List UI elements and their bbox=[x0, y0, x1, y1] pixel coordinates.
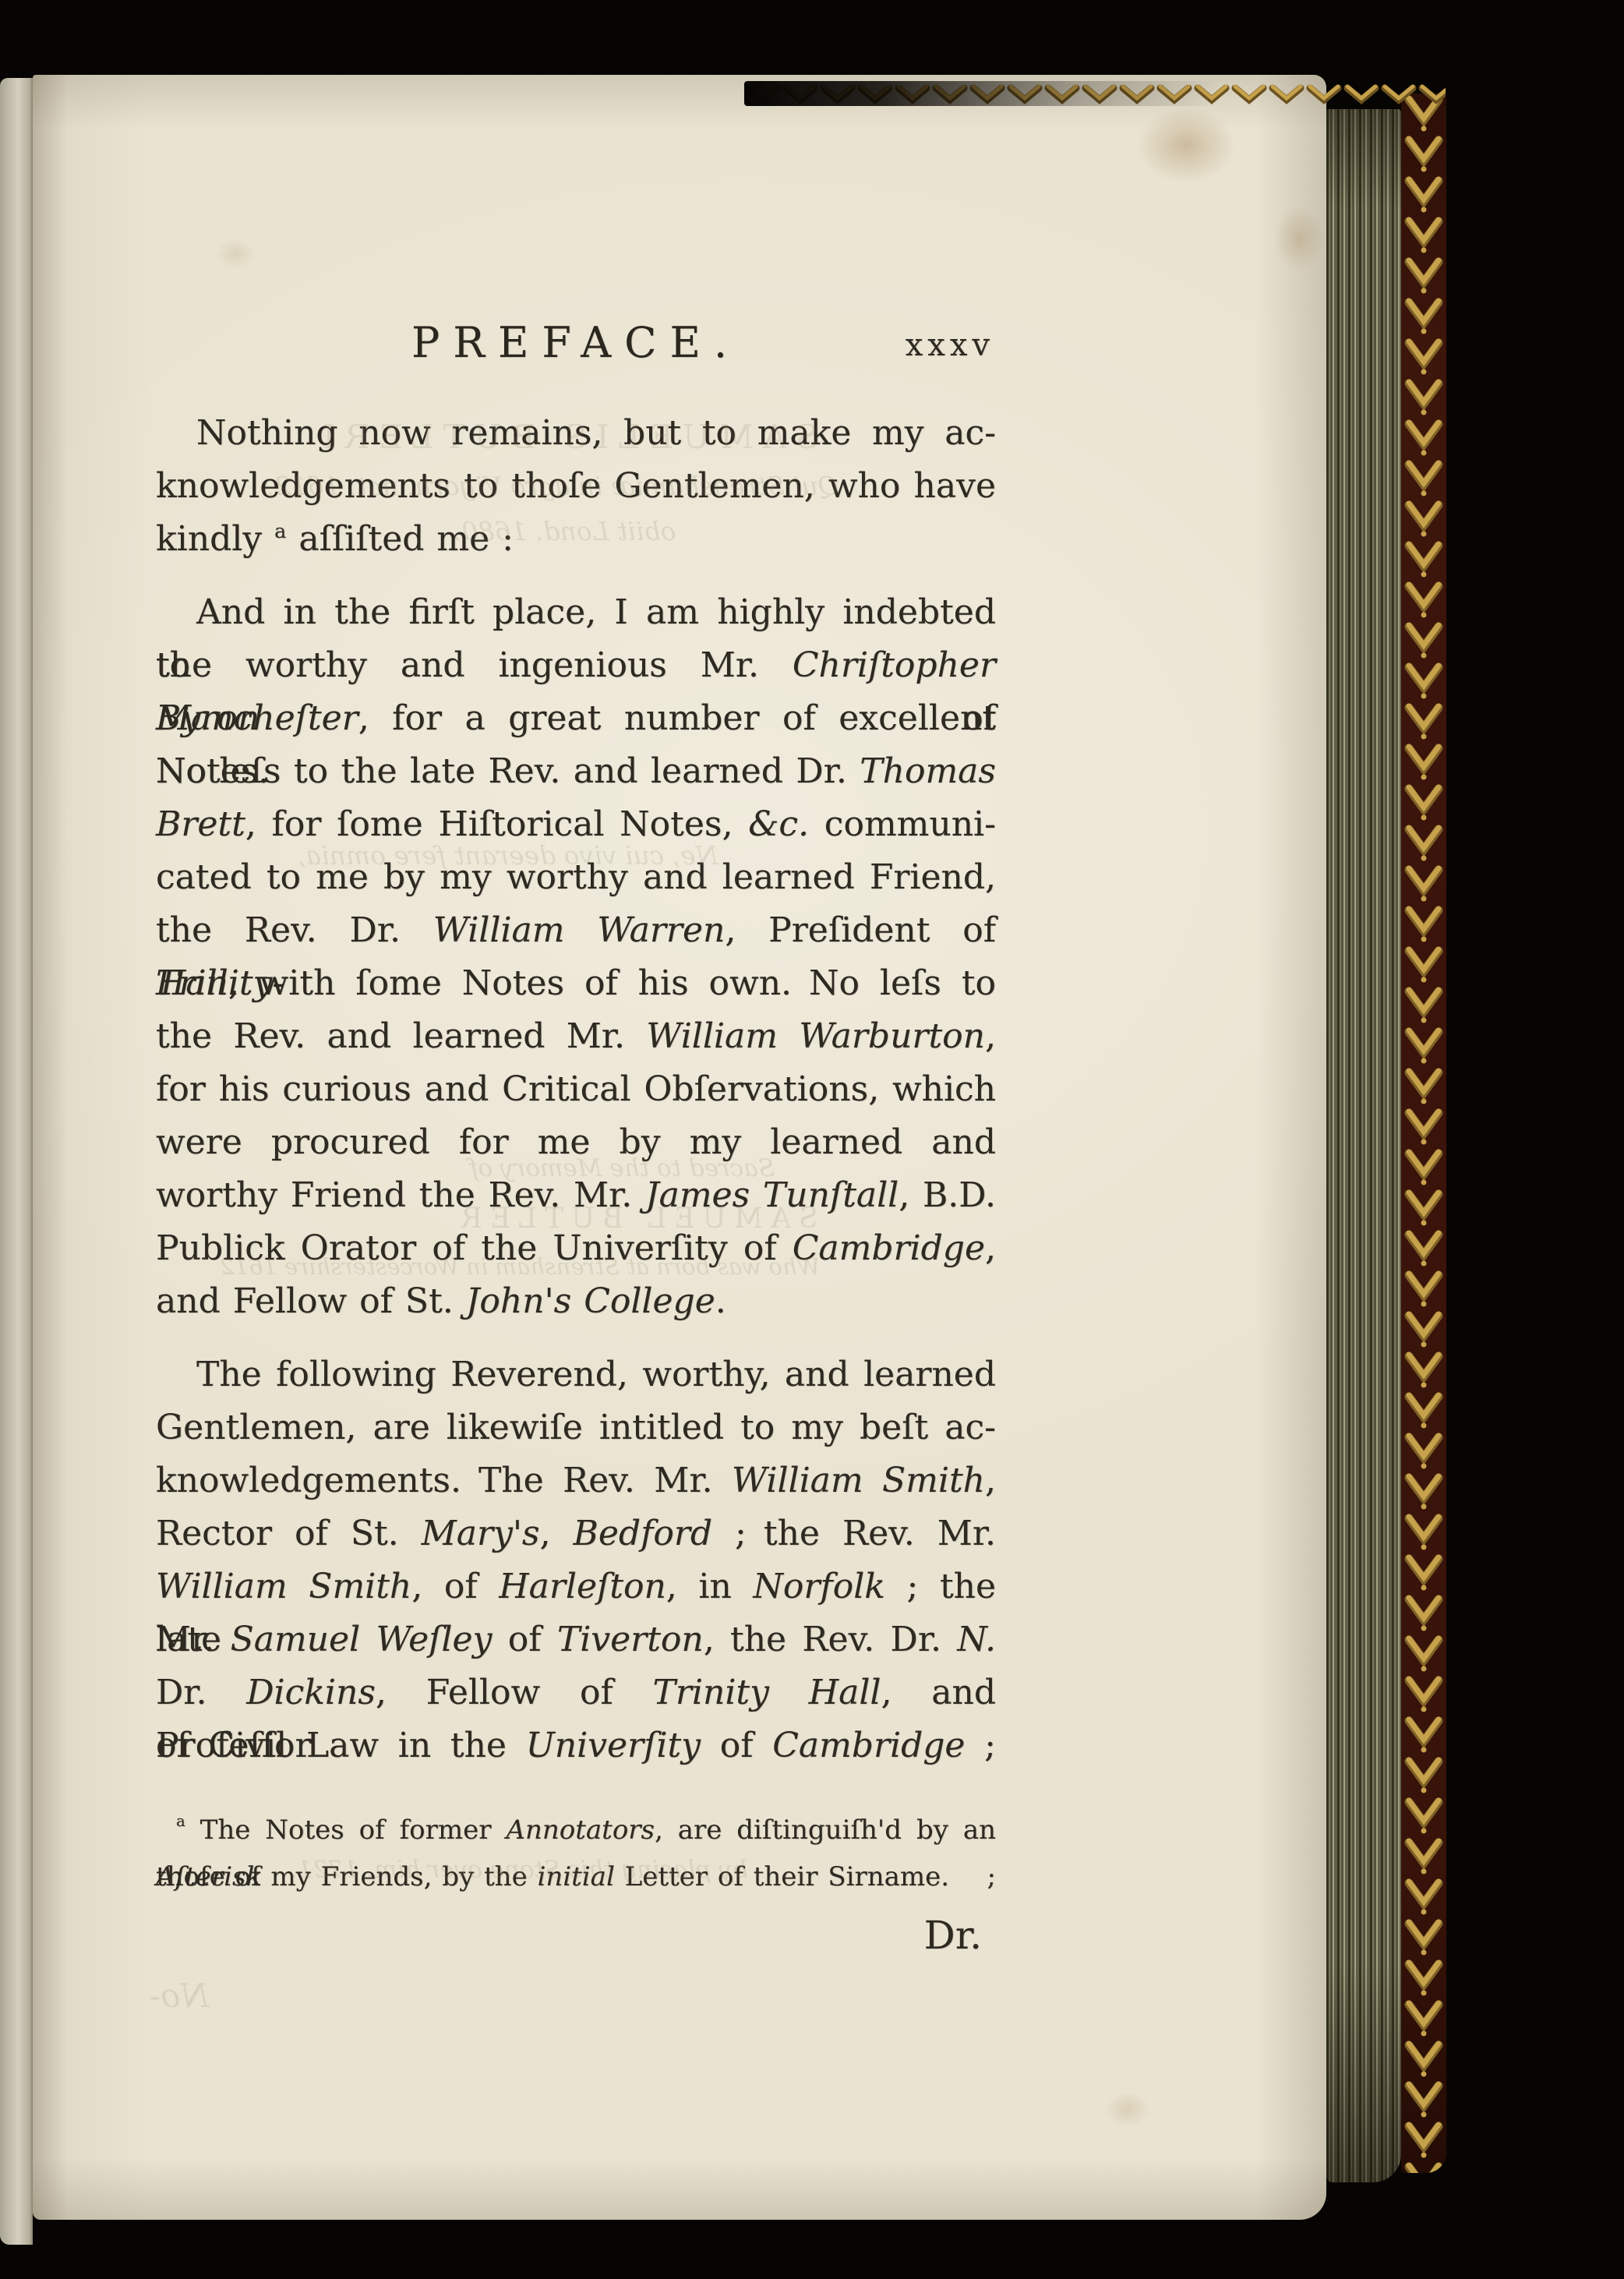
italic-text-run: Hall bbox=[156, 963, 228, 1003]
text-run: of bbox=[701, 1726, 772, 1765]
italic-text-run: Harleſton bbox=[499, 1567, 666, 1606]
text-line: and Fellow of St. John's College. bbox=[156, 1275, 996, 1328]
ghost-text: by placing this Stone over him, 1721. bbox=[290, 1856, 748, 1884]
text-run: Dr. bbox=[156, 1673, 246, 1712]
page-header: PREFACE. xxxv bbox=[156, 318, 996, 379]
text-run: Rector of St. bbox=[156, 1514, 422, 1553]
italic-text-run: Mary's bbox=[422, 1514, 540, 1553]
italic-text-run: William Smith bbox=[156, 1567, 411, 1606]
italic-text-run: Univerſity bbox=[526, 1726, 701, 1765]
text-line: No leſs to the late Rev. and learned Dr.… bbox=[156, 745, 996, 798]
ghost-text: obiit Lond. 1680. bbox=[454, 516, 676, 546]
italic-text-run: N. bbox=[957, 1620, 996, 1659]
text-run: ; bbox=[965, 1726, 996, 1765]
text-line: the Rev. Dr. William Warren, Preſident o… bbox=[156, 904, 996, 957]
text-run: ; the Rev. Mr. bbox=[712, 1514, 996, 1553]
text-run: , B.D. bbox=[898, 1175, 996, 1215]
text-run: , Fellow of bbox=[376, 1673, 653, 1712]
text-run: the worthy and ingenious Mr. bbox=[156, 645, 793, 685]
ghost-text: Sacred to the Memory of bbox=[469, 1154, 775, 1182]
text-run: the Rev. Dr. bbox=[156, 910, 433, 950]
text-line: The following Reverend, worthy, and lear… bbox=[156, 1348, 996, 1401]
text-line: William Smith, of Harleſton, in Norfolk … bbox=[156, 1560, 996, 1613]
ghost-text: No- bbox=[150, 1977, 209, 2015]
italic-text-run: Mancheſter bbox=[156, 698, 358, 738]
italic-text-run: Annotators bbox=[506, 1814, 655, 1846]
photo-background: PREFACE. xxxv Nothing now remains, but t… bbox=[0, 0, 1624, 2279]
page-number: xxxv bbox=[906, 327, 994, 363]
paragraphs: Nothing now remains, but to make my ac-k… bbox=[156, 407, 996, 1772]
text-run: kindly bbox=[156, 519, 274, 559]
page-edges bbox=[1326, 109, 1401, 2182]
text-run: of Civil Law in the bbox=[156, 1726, 526, 1765]
text-run: , bbox=[985, 1228, 996, 1268]
text-run: for his curious and Critical Obſervation… bbox=[156, 1069, 996, 1109]
italic-text-run: Brett bbox=[156, 804, 245, 844]
footnote: a The Notes of former Annotators, are di… bbox=[156, 1807, 996, 1900]
italic-text-run: Dickins bbox=[246, 1673, 376, 1712]
text-run: , in bbox=[666, 1567, 754, 1606]
paragraph: The following Reverend, worthy, and lear… bbox=[156, 1348, 996, 1772]
text-run: , bbox=[985, 1016, 996, 1056]
text-run: a bbox=[274, 520, 286, 543]
italic-text-run: &c. bbox=[748, 804, 809, 844]
page-title: PREFACE. bbox=[156, 318, 996, 367]
text-run: a bbox=[176, 1812, 185, 1830]
text-run: Gentlemen, are likewiſe intitled to my b… bbox=[156, 1408, 996, 1447]
italic-text-run: William Warren bbox=[433, 910, 726, 950]
text-line: knowledgements. The Rev. Mr. William Smi… bbox=[156, 1454, 996, 1507]
text-run: The Notes of former bbox=[185, 1814, 507, 1846]
text-line: for his curious and Critical Obſervation… bbox=[156, 1063, 996, 1116]
text-line: the Rev. and learned Mr. William Warburt… bbox=[156, 1010, 996, 1063]
ghost-text: SAMUELIS BUTLERI bbox=[313, 418, 818, 456]
italic-text-run: William Smith bbox=[732, 1461, 985, 1500]
italic-text-run: Cambridge bbox=[772, 1726, 965, 1765]
book-page: PREFACE. xxxv Nothing now remains, but t… bbox=[33, 75, 1326, 2220]
italic-text-run: Cambridge bbox=[793, 1228, 985, 1268]
italic-text-run: Bedford bbox=[574, 1514, 713, 1553]
text-run: the Rev. and learned Mr. bbox=[156, 1016, 646, 1056]
italic-text-run: John's College bbox=[466, 1281, 715, 1321]
gilt-fade-overlay bbox=[744, 81, 1446, 106]
text-run: No leſs to the late Rev. and learned Dr. bbox=[156, 751, 860, 791]
text-run: communi- bbox=[809, 804, 996, 844]
text-run: knowledgements. The Rev. Mr. bbox=[156, 1461, 732, 1500]
text-line: Mr. Samuel Weſley of Tiverton, the Rev. … bbox=[156, 1613, 996, 1666]
text-run: of bbox=[492, 1620, 556, 1659]
gilt-top-edge bbox=[744, 81, 1446, 106]
text-run: . bbox=[715, 1281, 726, 1321]
text-line: Dr. Dickins, Fellow of Trinity Hall, and… bbox=[156, 1666, 996, 1719]
text-run: and Fellow of St. bbox=[156, 1281, 466, 1321]
text-line: the worthy and ingenious Mr. Chriſtopher… bbox=[156, 639, 996, 692]
text-run: , bbox=[985, 1461, 996, 1500]
ghost-text: Who was born at Strensham in Worcestersh… bbox=[220, 1253, 820, 1280]
page-text: PREFACE. xxxv Nothing now remains, but t… bbox=[156, 318, 996, 1958]
text-line: And in the firſt place, I am highly inde… bbox=[156, 586, 996, 639]
italic-text-run: Samuel Weſley bbox=[231, 1620, 492, 1659]
text-line: Gentlemen, are likewiſe intitled to my b… bbox=[156, 1401, 996, 1454]
text-run: The following Reverend, worthy, and lear… bbox=[196, 1355, 996, 1394]
text-run: , bbox=[540, 1514, 574, 1553]
italic-text-run: William Warburton bbox=[646, 1016, 985, 1056]
adjacent-page-edge bbox=[0, 78, 33, 2245]
text-line: of Civil Law in the Univerſity of Cambri… bbox=[156, 1719, 996, 1772]
text-run: Mr. bbox=[156, 1620, 231, 1659]
text-run: , the Rev. Dr. bbox=[704, 1620, 958, 1659]
italic-text-run: Trinity Hall bbox=[653, 1673, 881, 1712]
italic-text-run: Thomas bbox=[860, 751, 996, 791]
text-line: Hall, with ſome Notes of his own. No leſ… bbox=[156, 957, 996, 1010]
ghost-text: Qui Strenshamiæ in agro Vigorn. nat. 161… bbox=[267, 471, 839, 501]
text-line: a The Notes of former Annotators, are di… bbox=[156, 1807, 996, 1853]
italic-text-run: Tiverton bbox=[557, 1620, 704, 1659]
ghost-text: SAMUEL BUTLER bbox=[454, 1203, 818, 1235]
catchword: Dr. bbox=[156, 1913, 996, 1958]
book-cover-spine bbox=[1401, 94, 1446, 2173]
gilt-zigzag-pattern-icon bbox=[1401, 94, 1446, 2173]
text-run: , with ſome Notes of his own. No leſs to bbox=[228, 963, 996, 1003]
ghost-text: Ne, cui vivo deerant fere omnia, bbox=[298, 840, 718, 871]
text-run: , for ſome Hiſtorical Notes, bbox=[245, 804, 748, 844]
text-run: , are diſtinguiſh'd by an bbox=[655, 1814, 996, 1846]
italic-text-run: Norfolk bbox=[753, 1567, 885, 1606]
text-line: Rector of St. Mary's, Bedford ; the Rev.… bbox=[156, 1507, 996, 1560]
text-run: , Preſident of bbox=[725, 910, 996, 950]
text-line: Mancheſter, for a great number of excell… bbox=[156, 692, 996, 745]
text-run: , of bbox=[411, 1567, 499, 1606]
